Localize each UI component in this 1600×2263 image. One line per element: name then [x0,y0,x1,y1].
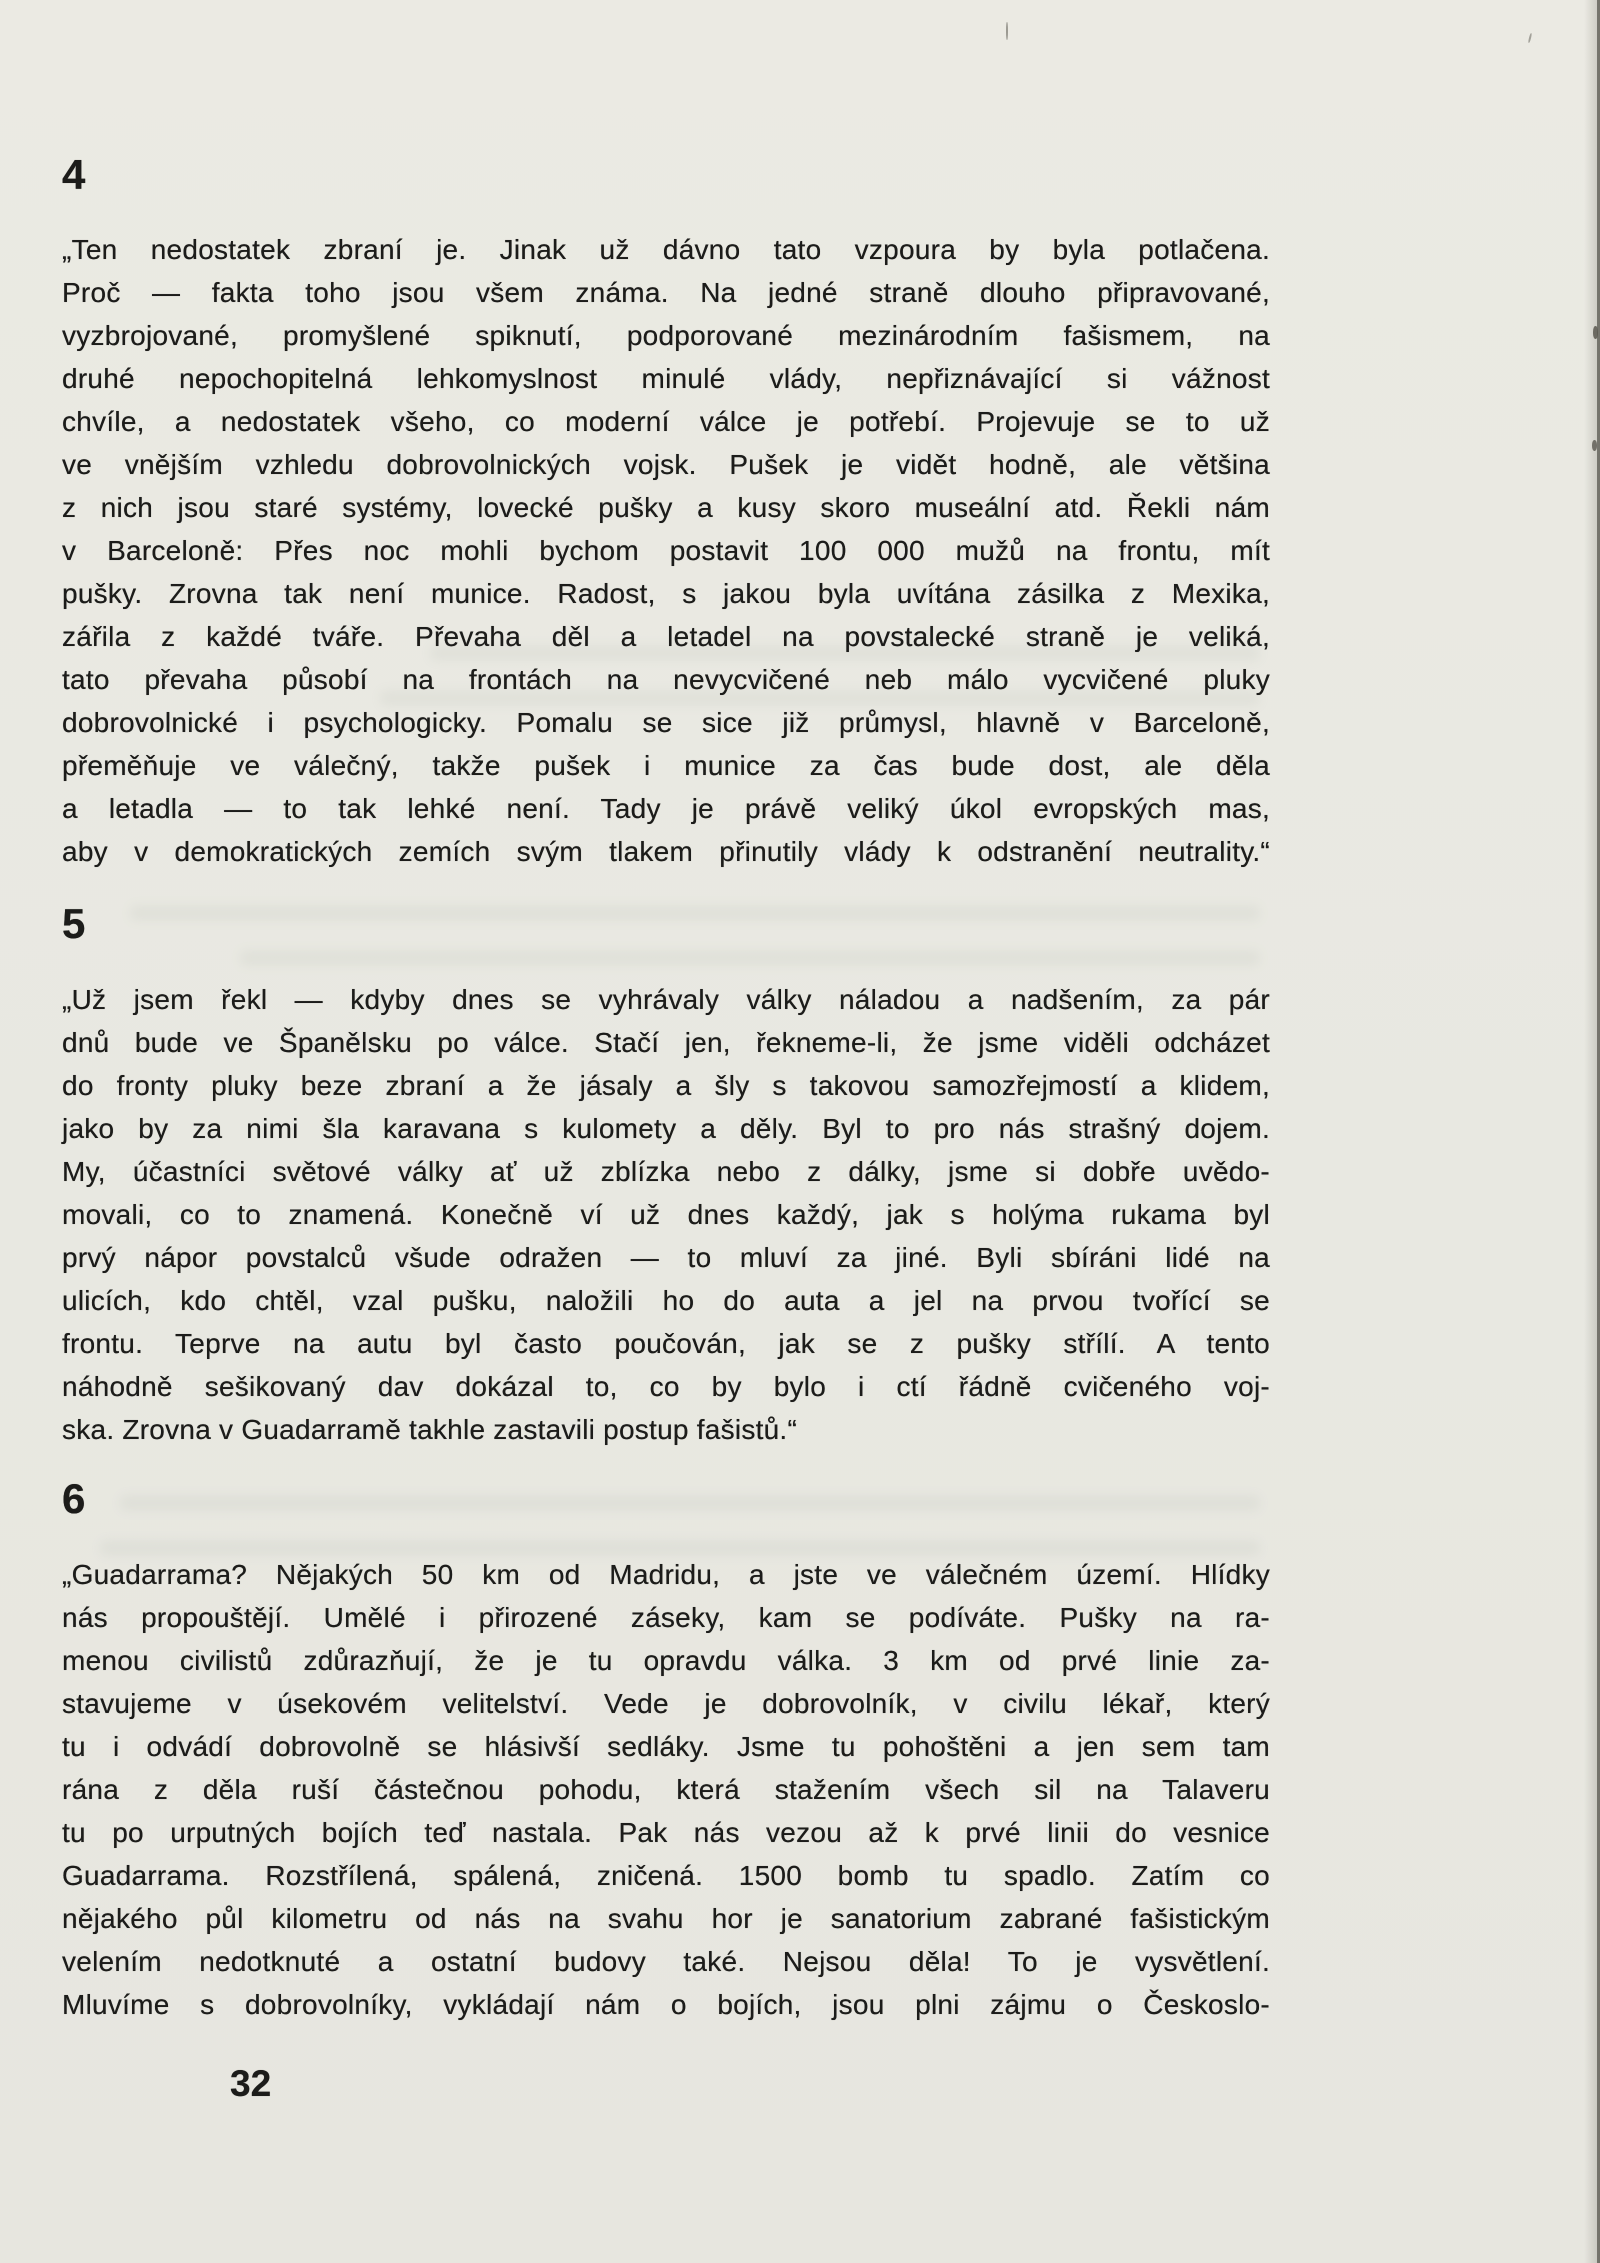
text-line: „Guadarrama? Nějakých 50 km od Madridu, … [62,1553,1270,1596]
text-line: zářila z každé tváře. Převaha děl a leta… [62,615,1270,658]
text-line: chvíle, a nedostatek všeho, co moderní v… [62,400,1270,443]
text-line: ska. Zrovna v Guadarramě takhle zastavil… [62,1408,1270,1451]
section-number-4: 4 [62,156,86,194]
text-line: menou civilistů zdůrazňují, že je tu opr… [62,1639,1270,1682]
text-line: rána z děla ruší částečnou pohodu, která… [62,1768,1270,1811]
page-number: 32 [230,2062,271,2105]
scan-speck [1593,326,1598,339]
scan-speck [1006,22,1008,40]
text-line: My, účastníci světové války ať už zblízk… [62,1150,1270,1193]
text-line: do fronty pluky beze zbraní a že jásaly … [62,1064,1270,1107]
scan-speck [1592,440,1597,451]
text-line: „Už jsem řekl — kdyby dnes se vyhrávaly … [62,978,1270,1021]
scan-speck [1528,33,1532,43]
paragraph-6: „Guadarrama? Nějakých 50 km od Madridu, … [62,1553,1270,2026]
text-line: frontu. Teprve na autu byl často poučová… [62,1322,1270,1365]
section-number-6: 6 [62,1480,86,1518]
text-line: Guadarrama. Rozstřílená, spálená, zničen… [62,1854,1270,1897]
text-line: Mluvíme s dobrovolníky, vykládají nám o … [62,1983,1270,2026]
text-line: náhodně sešikovaný dav dokázal to, co by… [62,1365,1270,1408]
text-line: jako by za nimi šla karavana s kulomety … [62,1107,1270,1150]
text-line: pušky. Zrovna tak není munice. Radost, s… [62,572,1270,615]
text-line: dnů bude ve Španělsku po válce. Stačí je… [62,1021,1270,1064]
paragraph-4: „Ten nedostatek zbraní je. Jinak už dávn… [62,228,1270,873]
text-line: a letadla — to tak lehké není. Tady je p… [62,787,1270,830]
text-line: druhé nepochopitelná lehkomyslnost minul… [62,357,1270,400]
text-line: „Ten nedostatek zbraní je. Jinak už dávn… [62,228,1270,271]
text-line: aby v demokratických zemích svým tlakem … [62,830,1270,873]
section-number-5: 5 [62,905,86,943]
showthrough-smudge [120,1495,1260,1511]
text-line: stavujeme v úsekovém velitelství. Vede j… [62,1682,1270,1725]
text-line: Proč — fakta toho jsou všem známa. Na je… [62,271,1270,314]
text-line: ulicích, kdo chtěl, vzal pušku, naložili… [62,1279,1270,1322]
text-line: movali, co to znamená. Konečně ví už dne… [62,1193,1270,1236]
text-line: ve vnějším vzhledu dobrovolnických vojsk… [62,443,1270,486]
text-line: přeměňuje ve válečný, takže pušek i muni… [62,744,1270,787]
text-line: tu i odvádí dobrovolně se hlásivší sedlá… [62,1725,1270,1768]
showthrough-smudge [240,950,1260,966]
text-line: v Barceloně: Přes noc mohli bychom posta… [62,529,1270,572]
text-line: nějakého půl kilometru od nás na svahu h… [62,1897,1270,1940]
showthrough-smudge [130,905,1260,921]
text-line: z nich jsou staré systémy, lovecké pušky… [62,486,1270,529]
paragraph-5: „Už jsem řekl — kdyby dnes se vyhrávaly … [62,978,1270,1451]
text-line: tato převaha působí na frontách na nevyc… [62,658,1270,701]
text-line: dobrovolnické i psychologicky. Pomalu se… [62,701,1270,744]
book-page: 4 „Ten nedostatek zbraní je. Jinak už dá… [0,0,1600,2263]
text-line: vyzbrojované, promyšlené spiknutí, podpo… [62,314,1270,357]
text-line: nás propouštějí. Umělé i přirozené zásek… [62,1596,1270,1639]
text-line: prvý nápor povstalců všude odražen — to … [62,1236,1270,1279]
text-line: tu po urputných bojích teď nastala. Pak … [62,1811,1270,1854]
text-line: velením nedotknuté a ostatní budovy také… [62,1940,1270,1983]
